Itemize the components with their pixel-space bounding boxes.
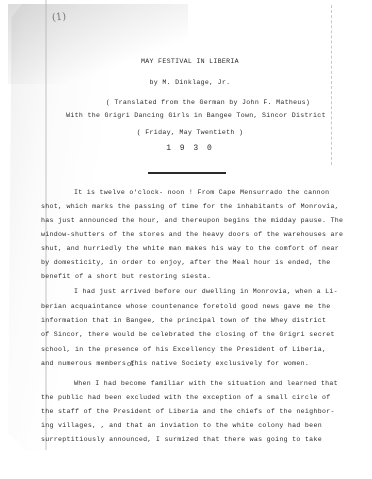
body-line: information that in Bangee, the principa… [41, 317, 326, 324]
translation-note: ( Translated from the German by John F. … [58, 99, 358, 106]
body-line: by domesticity, in order to enjoy, after… [41, 259, 330, 266]
body-line: has just announced the hour, and thereup… [41, 217, 343, 224]
body-line: shut, and hurriedly the white man makes … [41, 245, 339, 252]
page-shadow [8, 4, 188, 84]
body-line: and numerous members this native Society… [41, 360, 309, 367]
handwritten-insertion: of [127, 360, 134, 368]
subtitle: With the Grigri Dancing Girls in Bangee … [46, 112, 346, 119]
year: 1 9 3 0 [40, 144, 340, 153]
handwritten-page-number: (1) [51, 11, 66, 23]
author-byline: by M. Dinklage, Jr. [40, 79, 340, 86]
body-line: ing villages, , and that an inviation to… [41, 422, 322, 429]
body-line: school, in the presence of his Excellenc… [41, 346, 326, 353]
body-line: window-shutters of the stores and the he… [41, 231, 343, 238]
body-line: of Sincor, there would be celebrated the… [41, 331, 335, 338]
body-line: surreptitiously announced, I surmized th… [41, 436, 322, 443]
body-line: It is twelve o'clock- noon ! From Cape M… [74, 189, 329, 196]
body-line: I had just arrived before our dwelling i… [74, 288, 338, 295]
body-line: the staff of the President of Liberia an… [41, 408, 335, 415]
body-line: When I had become familiar with the situ… [74, 380, 338, 387]
page-fold-line [45, 0, 47, 450]
body-line: berian acquaintance whose countenance fo… [41, 303, 330, 310]
body-line: benefit of a short but restoring siesta. [41, 273, 211, 280]
document-title: MAY FESTIVAL IN LIBERIA [40, 58, 340, 65]
body-line: the public had been excluded with the ex… [41, 394, 330, 401]
date-line: ( Friday, May Twentieth ) [40, 129, 340, 136]
body-line: shot, which marks the passing of time fo… [41, 203, 339, 210]
divider-rule [148, 172, 226, 174]
